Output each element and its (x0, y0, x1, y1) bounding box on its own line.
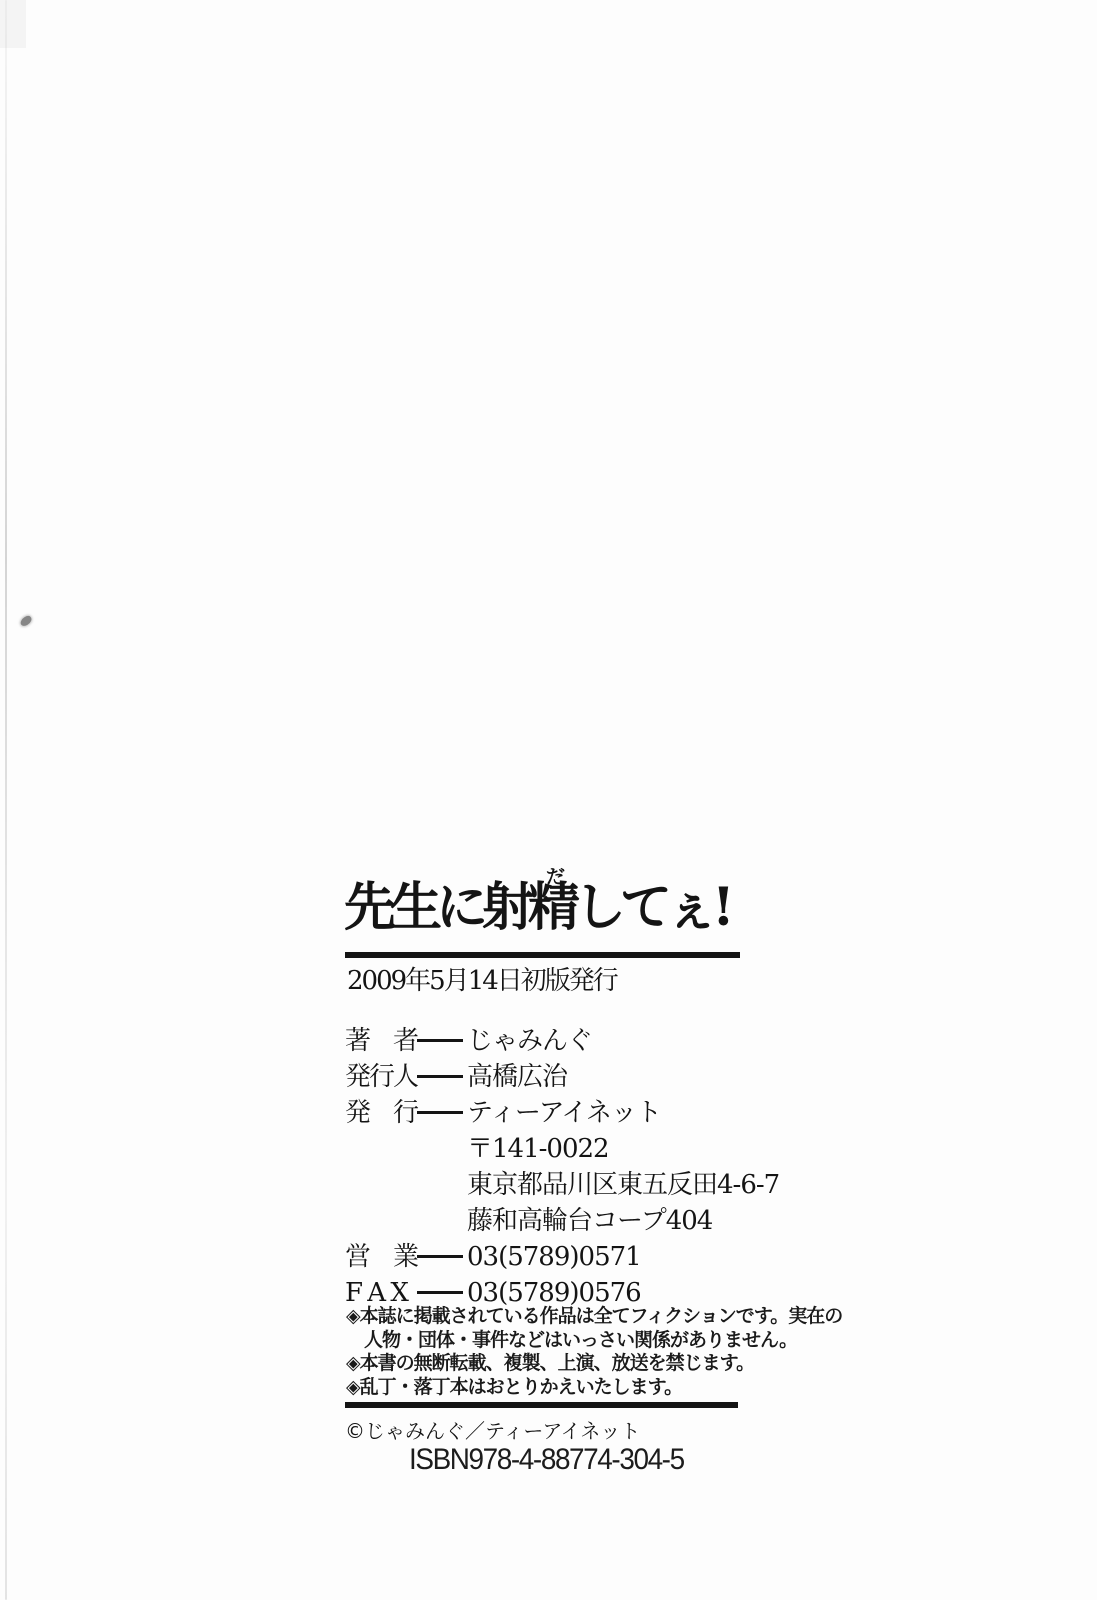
leader-dash (417, 1291, 463, 1294)
book-title: 先生に射精してぇ! だ (344, 882, 729, 934)
info-row-postal-code: 〒141-0022 (345, 1131, 775, 1167)
info-value: じゃみんぐ (467, 1026, 592, 1056)
info-label: 著 者 (345, 1023, 417, 1059)
legal-notices: ◈本誌に掲載されている作品は全てフィクションです。実在の 人物・団体・事件などは… (346, 1305, 766, 1399)
leader-dash (417, 1039, 463, 1042)
info-value: 高橋広治 (467, 1062, 567, 1092)
leader-dash (417, 1111, 463, 1114)
info-row-address-1: 東京都品川区東五反田4-6-7 (345, 1167, 775, 1203)
isbn-number: ISBN978-4-88774-304-5 (409, 1443, 684, 1477)
furigana-label: だ (546, 868, 565, 887)
info-label: 発 行 (345, 1095, 417, 1131)
colophon-page: 先生に射精してぇ! だ 2009年5月14日初版発行 著 者じゃみんぐ 発行人高… (0, 0, 1097, 1600)
info-row-sales-phone: 営 業03(5789)0571 (345, 1239, 775, 1275)
notice-line: ◈本書の無断転載、複製、上演、放送を禁じます。 (346, 1352, 766, 1376)
notice-line: ◈本誌に掲載されている作品は全てフィクションです。実在の (346, 1305, 766, 1329)
book-title-suffix: してぇ! (574, 877, 729, 938)
notice-line: ◈乱丁・落丁本はおとりかえいたします。 (346, 1376, 766, 1400)
info-value: 藤和高輪台コープ404 (467, 1206, 712, 1236)
publication-info: 著 者じゃみんぐ 発行人高橋広治 発 行ティーアイネット 〒141-0022 東… (345, 1023, 775, 1311)
scan-speck (19, 614, 33, 627)
title-underline (345, 952, 740, 958)
edition-date: 2009年5月14日初版発行 (347, 960, 617, 997)
leader-dash (417, 1255, 463, 1258)
scan-edge-line (5, 0, 7, 1600)
copyright-line: ©じゃみんぐ／ティーアイネット (345, 1415, 640, 1444)
info-label: 発行人 (345, 1059, 417, 1095)
notice-line: 人物・団体・事件などはいっさい関係がありません。 (346, 1329, 766, 1353)
info-value: 東京都品川区東五反田4-6-7 (467, 1170, 779, 1200)
info-value: 03(5789)0571 (467, 1242, 641, 1272)
leader-dash (417, 1075, 463, 1078)
info-row-publisher-person: 発行人高橋広治 (345, 1059, 775, 1095)
info-label: 営 業 (345, 1239, 417, 1275)
book-title-prefix: 先生に (344, 877, 482, 938)
scan-corner-smudge (0, 0, 26, 48)
info-row-address-2: 藤和高輪台コープ404 (345, 1203, 775, 1239)
info-value: ティーアイネット (467, 1098, 661, 1128)
info-row-author: 著 者じゃみんぐ (345, 1023, 775, 1059)
info-row-publisher: 発 行ティーアイネット (345, 1095, 775, 1131)
bottom-rule (345, 1402, 738, 1408)
info-value: 03(5789)0576 (467, 1278, 641, 1308)
info-value: 〒141-0022 (467, 1134, 609, 1164)
